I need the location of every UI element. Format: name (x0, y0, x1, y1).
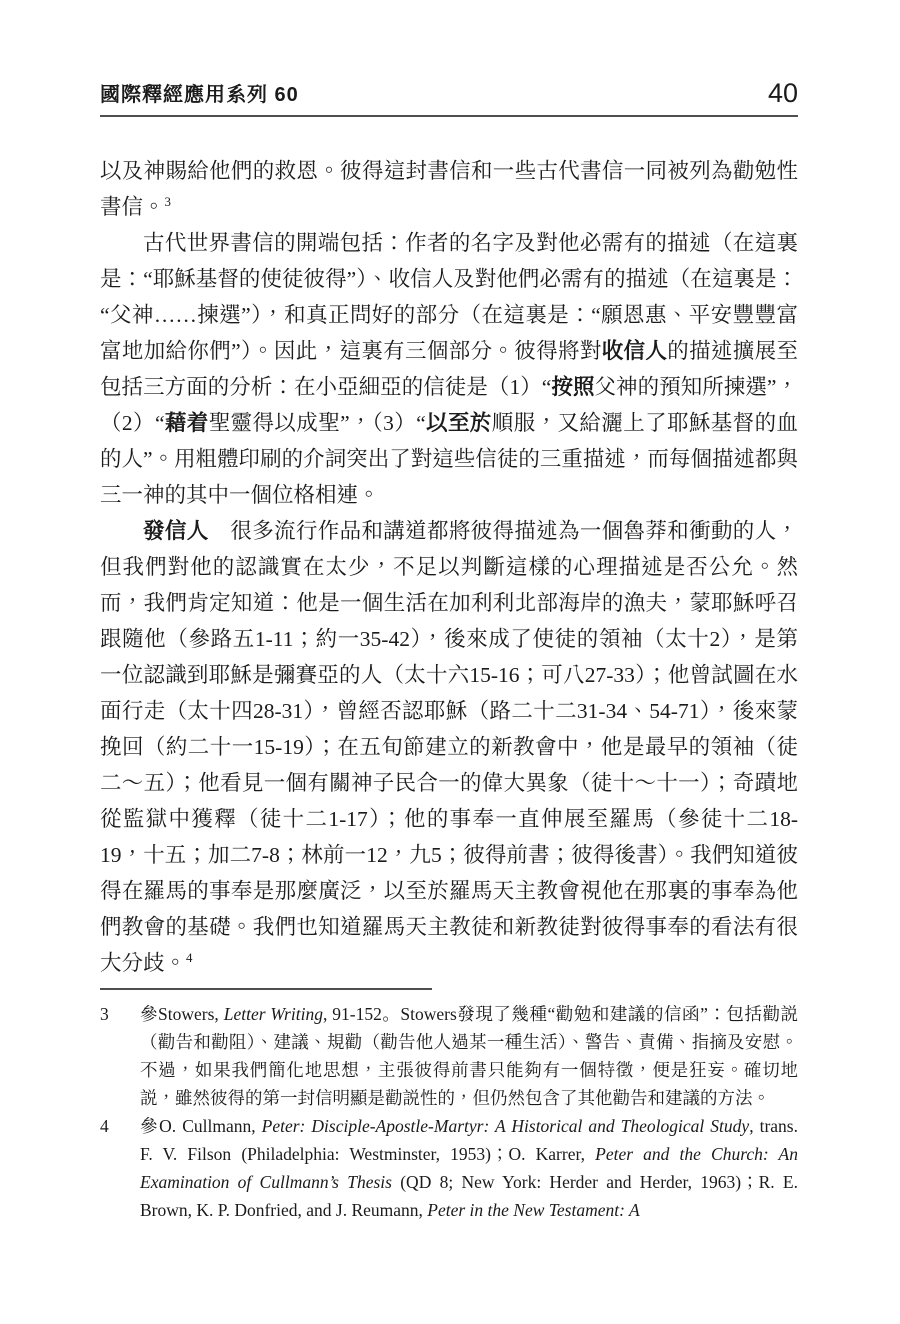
text-run: 按照 (551, 375, 594, 399)
text-run: 參O. Cullmann, (140, 1116, 262, 1136)
running-header: 國際釋經應用系列 60 40 (100, 0, 798, 107)
footnote-reference: 4 (186, 951, 192, 965)
text-run: 參Stowers, (140, 1004, 224, 1024)
footnote-marker: 4 (100, 1112, 109, 1140)
text-run: 聖靈得以成聖”，（3）“ (209, 411, 426, 435)
footnote-reference: 3 (165, 195, 171, 209)
document-page: 國際釋經應用系列 60 40 以及神賜給他們的救恩。彼得這封書信和一些古代書信一… (0, 0, 900, 1324)
footnote-marker: 3 (100, 1000, 109, 1028)
text-run: 發信人 (143, 519, 209, 543)
paragraph: 以及神賜給他們的救恩。彼得這封書信和一些古代書信一同被列為勸勉性書信。3 (100, 153, 798, 225)
page-content: 國際釋經應用系列 60 40 以及神賜給他們的救恩。彼得這封書信和一些古代書信一… (100, 0, 798, 1224)
text-run: 很多流行作品和講道都將彼得描述為一個魯莽和衝動的人，但我們對他的認識實在太少，不… (100, 519, 798, 975)
text-run: Peter: Disciple-Apostle-Martyr: A Histor… (262, 1116, 750, 1136)
footnote-text: 參O. Cullmann, Peter: Disciple-Apostle-Ma… (140, 1116, 798, 1220)
footnote-text: 參Stowers, Letter Writing, 91-152。Stowers… (140, 1004, 798, 1108)
body-text: 以及神賜給他們的救恩。彼得這封書信和一些古代書信一同被列為勸勉性書信。3古代世界… (100, 153, 798, 981)
header-rule (100, 115, 798, 117)
series-title: 國際釋經應用系列 60 (100, 78, 299, 107)
text-run: Peter in the New Testament: A (427, 1200, 639, 1220)
text-run: 收信人 (602, 339, 668, 363)
text-run: Letter Writing (224, 1004, 323, 1024)
footnote: 3參Stowers, Letter Writing, 91-152。Stower… (100, 1000, 798, 1112)
page-number: 40 (768, 80, 798, 107)
footnote-separator (100, 988, 432, 990)
text-run: 以至於 (426, 411, 492, 435)
paragraph: 發信人 很多流行作品和講道都將彼得描述為一個魯莽和衝動的人，但我們對他的認識實在… (100, 513, 798, 981)
footnotes-section: 3參Stowers, Letter Writing, 91-152。Stower… (100, 1000, 798, 1224)
footnote: 4參O. Cullmann, Peter: Disciple-Apostle-M… (100, 1112, 798, 1224)
text-run: 藉着 (165, 411, 209, 435)
paragraph: 古代世界書信的開端包括：作者的名字及對他必需有的描述（在這裏是：“耶穌基督的使徒… (100, 225, 798, 513)
text-run: 以及神賜給他們的救恩。彼得這封書信和一些古代書信一同被列為勸勉性書信。 (100, 159, 798, 219)
